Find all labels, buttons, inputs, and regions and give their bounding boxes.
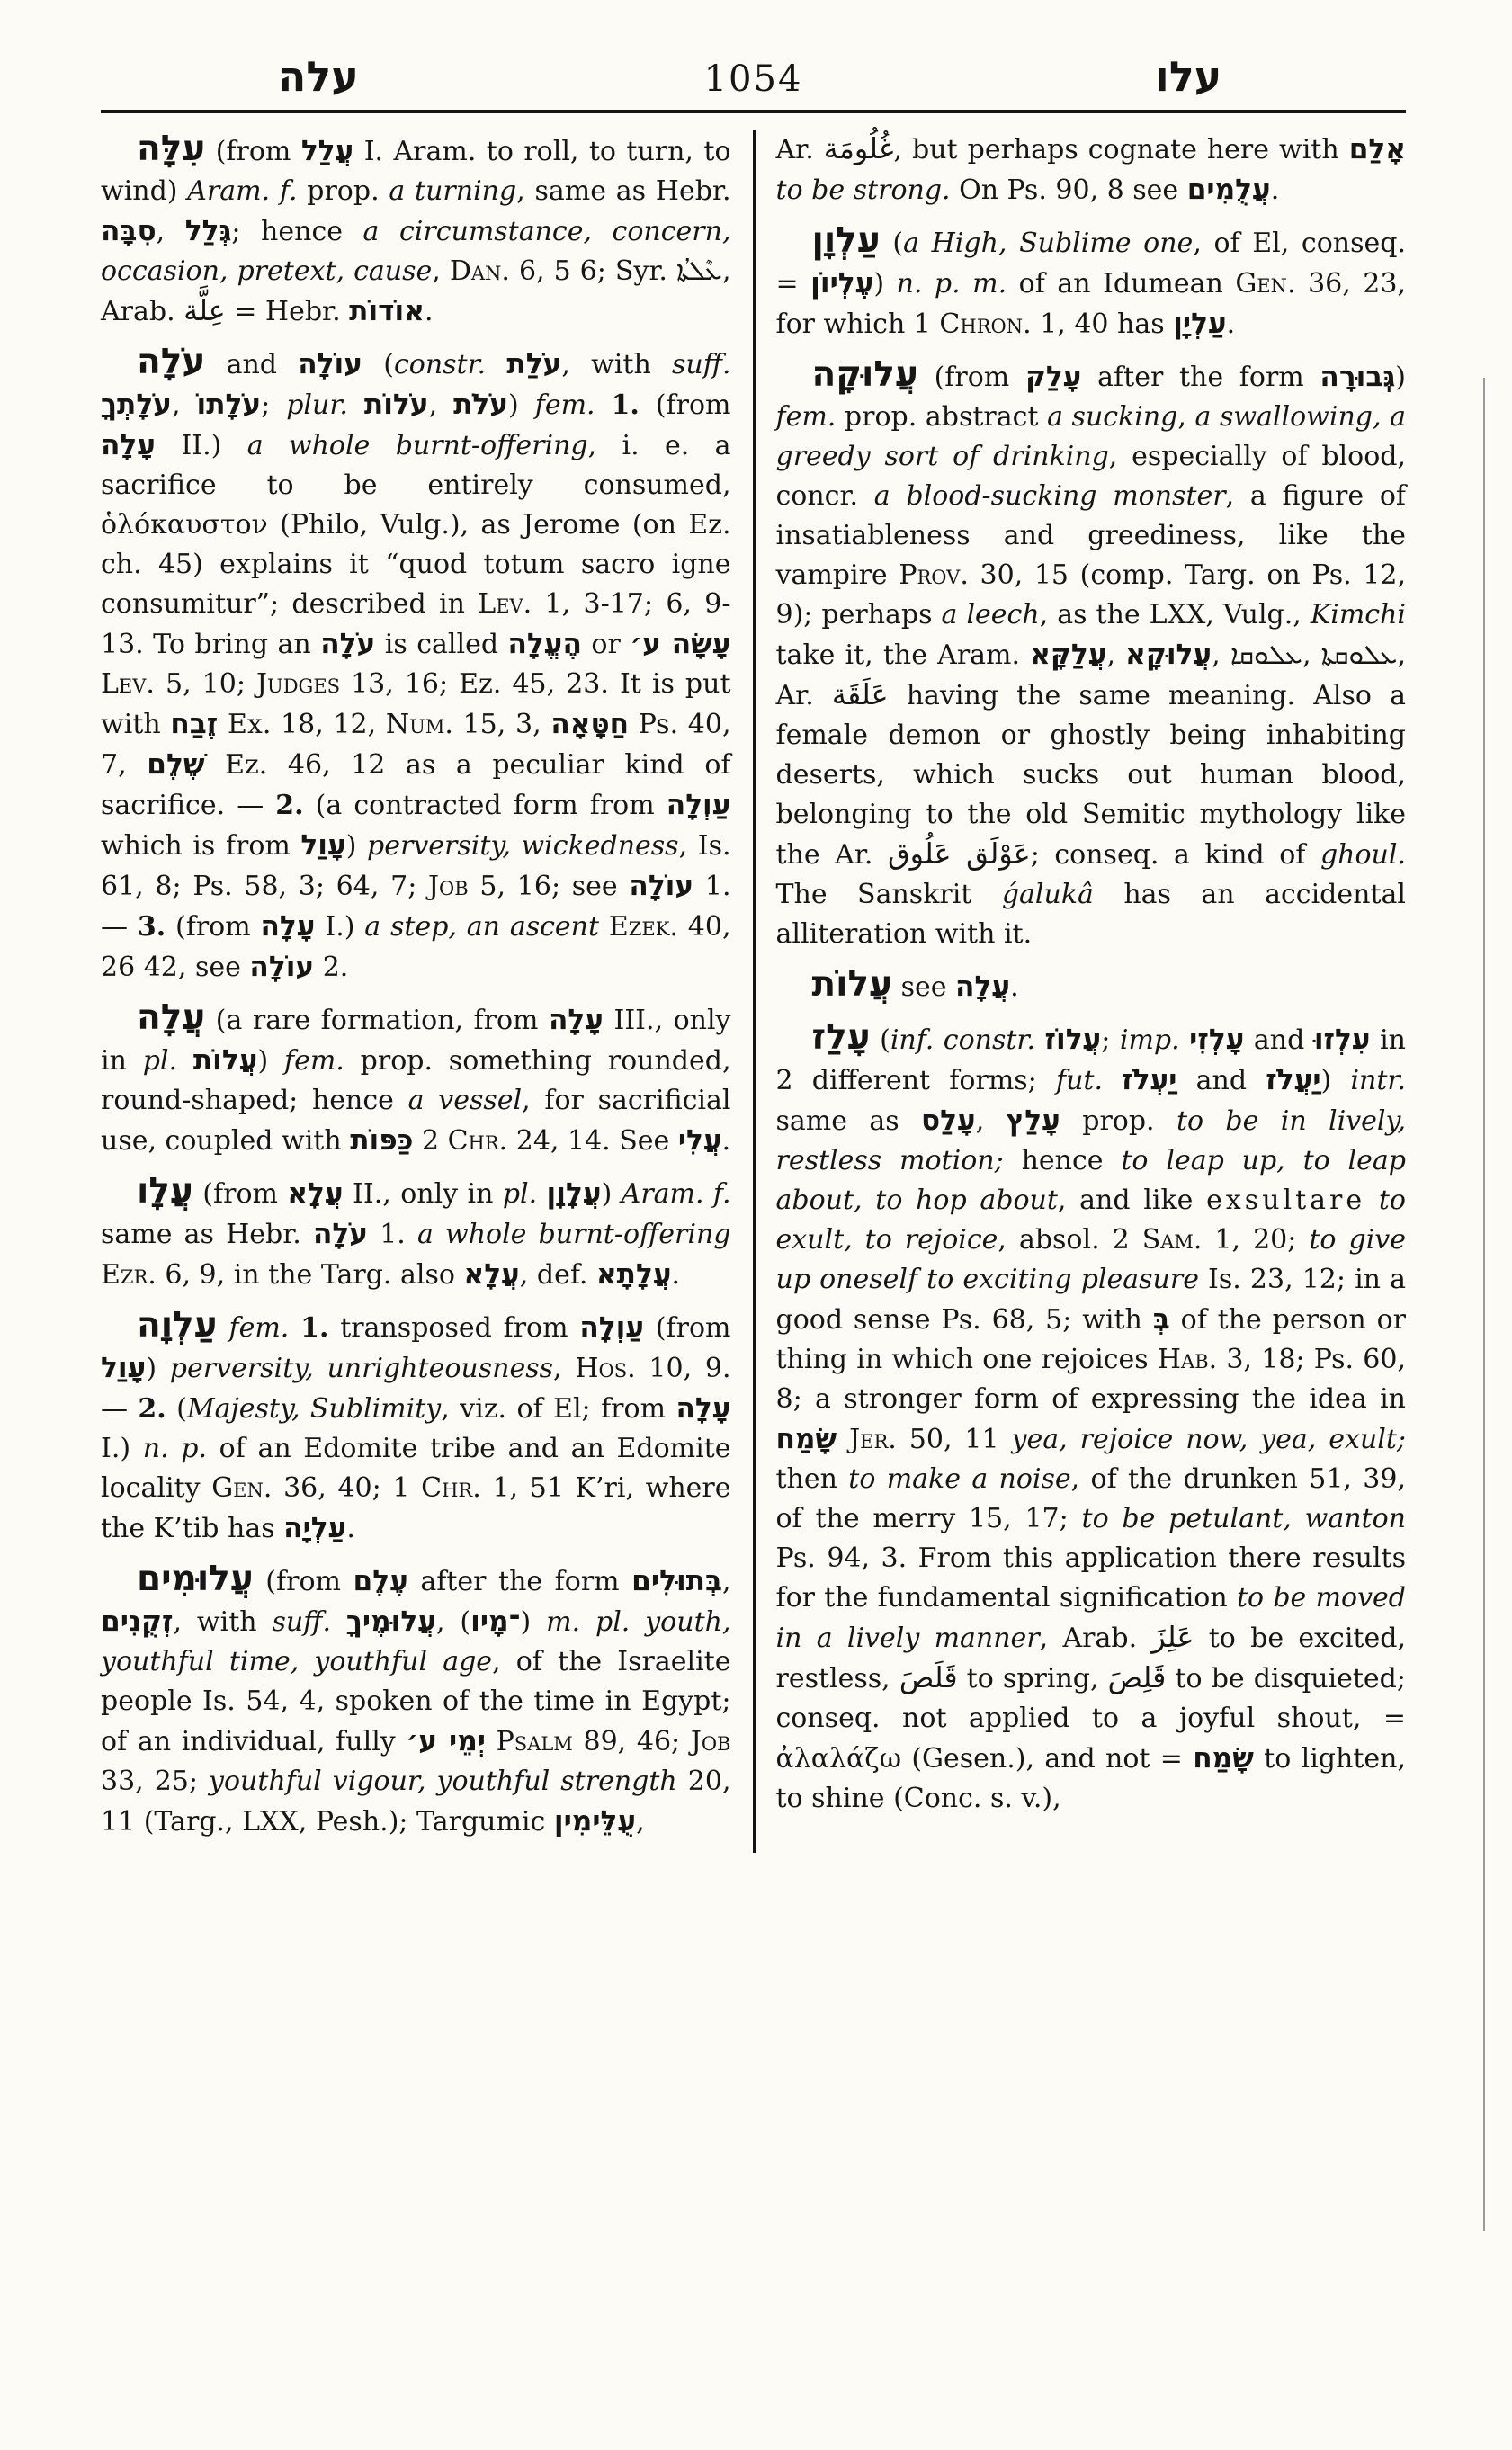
entry-alumim-continuation: Ar. غُلُومَة, but perhaps cognate here w… <box>776 130 1407 210</box>
running-head-left-cell: עלה <box>101 56 536 97</box>
entry-alah-vessel: עֲלָה (a rare formation, from עָלָה III.… <box>101 998 731 1161</box>
entry-alumim: עֲלוּמִים (from עֶלֶם after the form בְּ… <box>101 1560 731 1842</box>
right-column: Ar. غُلُومَة, but perhaps cognate here w… <box>753 130 1407 1853</box>
entry-olah: עֹלָה and עוֹלָה (constr. עֹלַת, with su… <box>101 343 731 988</box>
entry-alaz: עָלַז (inf. constr. עֲלוֹז; imp. עָלְזִי… <box>776 1018 1407 1819</box>
dictionary-page: עלה 1054 עלו עִלָּה (from עֲלַל I. Aram.… <box>0 0 1512 2450</box>
entry-illah: עִלָּה (from עֲלַל I. Aram. to roll, to … <box>101 130 731 332</box>
entry-alwah: עַלְוָה fem. 1. transposed from עַוְלָה … <box>101 1306 731 1549</box>
page-edge-line <box>1483 378 1485 2231</box>
guide-word-left: עלה <box>278 52 359 101</box>
left-column: עִלָּה (from עֲלַל I. Aram. to roll, to … <box>101 130 753 1853</box>
running-head-center-cell: 1054 <box>536 61 971 97</box>
text-columns: עִלָּה (from עֲלַל I. Aram. to roll, to … <box>101 130 1406 1853</box>
guide-word-right: עלו <box>1155 52 1221 101</box>
entry-alwan: עַלְוָן (a High, Sublime one, of El, con… <box>776 221 1407 344</box>
running-head: עלה 1054 עלו <box>101 56 1406 97</box>
entry-aluqah: עֲלוּקָה (from עָלַק after the form גְּב… <box>776 355 1407 954</box>
page-number: 1054 <box>704 58 803 100</box>
running-head-right-cell: עלו <box>971 56 1406 97</box>
entry-alot-crossref: עֲלוֹת see עֲלָה. <box>776 965 1407 1007</box>
entry-alaw: עֲלָו (from עֲלָא II., only in pl. עֲלָו… <box>101 1172 731 1295</box>
header-rule <box>101 110 1406 113</box>
